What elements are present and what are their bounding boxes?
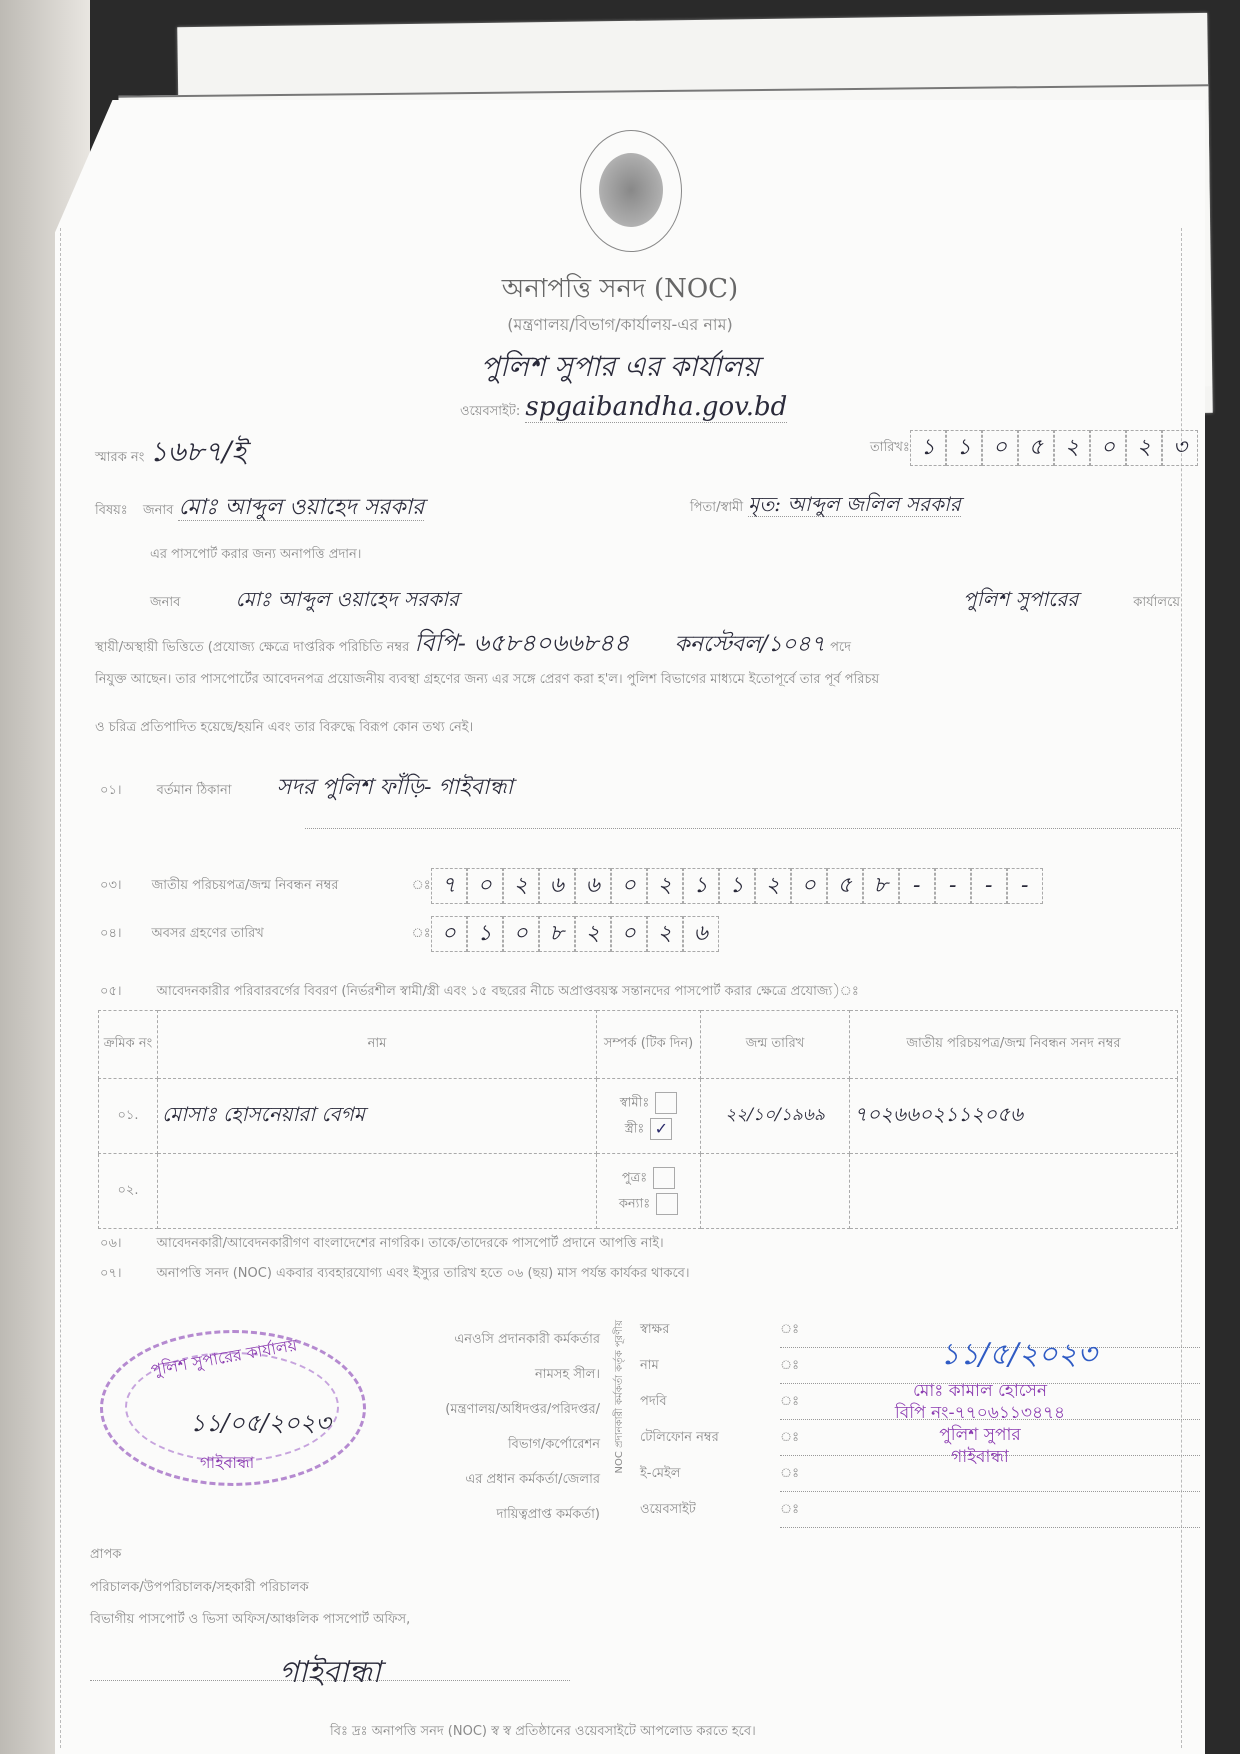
- subject-row: বিষয়ঃ জনাব মোঃ আব্দুল ওয়াহেদ সরকার: [95, 490, 685, 527]
- officer-field: ওয়েবসাইটঃ: [640, 1492, 1200, 1528]
- digit-box: ৫: [1018, 430, 1054, 466]
- digit-box: ২: [755, 868, 791, 904]
- footer-note: বিঃ দ্রঃ অনাপত্তি সনদ (NOC) স্ব স্ব প্রত…: [330, 1722, 756, 1743]
- digit-box: ১: [946, 430, 982, 466]
- memo-row: স্মারক নং ১৬৮৭/ই: [95, 430, 525, 477]
- digit-box: ০: [1090, 430, 1126, 466]
- digit-box: -: [971, 868, 1007, 904]
- digit-box: ২: [1054, 430, 1090, 466]
- date-row: তারিখঃ ১১০৫২০২৩: [870, 430, 1198, 466]
- stamp-date: ১১/০৫/২০২৩: [190, 1405, 331, 1445]
- officer-name-stamp: মোঃ কামাল হোসেনবিপি নং-৭৭০৬১১৩৪৭৪পুলিশ স…: [840, 1380, 1120, 1468]
- digit-box: ০: [611, 916, 647, 952]
- website-value: spgaibandha.gov.bd: [525, 392, 787, 423]
- digit-box: -: [899, 868, 935, 904]
- officer-field: নামঃ: [640, 1348, 1200, 1384]
- note-7: ০৭। অনাপত্তি সনদ (NOC) একবার ব্যবহারযোগ্…: [100, 1262, 690, 1285]
- officer-field-line: ঃ: [780, 1492, 1200, 1528]
- body-office: পুলিশ সুপারের: [963, 587, 1078, 611]
- date-boxes: ১১০৫২০২৩: [910, 430, 1198, 466]
- recipient-line2: বিভাগীয় পাসপোর্ট ও ভিসা অফিস/আঞ্চলিক পা…: [90, 1610, 410, 1631]
- recipient-place: গাইবান্ধা: [279, 1655, 381, 1690]
- digit-box: ৫: [827, 868, 863, 904]
- digit-box: ৮: [539, 916, 575, 952]
- digit-box: ০: [611, 868, 647, 904]
- digit-box: ২: [503, 868, 539, 904]
- digit-box: ০: [431, 916, 467, 952]
- digit-box: ১: [467, 916, 503, 952]
- retirement-date-boxes: ০১০৮২০২৬: [431, 916, 719, 952]
- document-title: অনাপত্তি সনদ (NOC): [0, 268, 1240, 312]
- officer-seal-instructions: এনওসি প্রদানকারী কর্মকর্তারনামসহ সীল।(মন…: [360, 1322, 600, 1532]
- family-intro: ০৫। আবেদনকারীর পরিবারবর্গের বিবরণ (নির্ভ…: [100, 980, 859, 1003]
- document-subtitle: (মন্ত্রণালয়/বিভাগ/কার্যালয়-এর নাম): [0, 312, 1240, 339]
- father-name: মৃত: আব্দুল জলিল সরকার: [748, 492, 961, 517]
- vertical-label: NOC প্রদানকারী কর্মকর্তা কর্তৃক পূরণীয়: [612, 1320, 629, 1473]
- government-seal-icon: [580, 130, 682, 252]
- retirement-row: ০৪। অবসর গ্রহণের তারিখ ঃ ০১০৮২০২৬: [100, 916, 719, 952]
- memo-number: ১৬৮৭/ই: [149, 435, 246, 468]
- digit-box: ০: [503, 916, 539, 952]
- table-row: ০১. মোসাঃ হোসনেয়ারা বেগম স্বামীঃ স্ত্রী…: [99, 1079, 1178, 1154]
- digit-box: ১: [719, 868, 755, 904]
- digit-box: ০: [982, 430, 1018, 466]
- address-line2: [305, 828, 1180, 829]
- digit-box: ৮: [863, 868, 899, 904]
- digit-box: ২: [1126, 430, 1162, 466]
- digit-box: -: [935, 868, 971, 904]
- office-name: পুলিশ সুপার এর কার্যালয়: [0, 345, 1240, 392]
- body-line4: ও চরিত্র প্রতিপাদিত হয়েছে/হয়নি এবং তার…: [95, 718, 473, 739]
- post-value: কনস্টেবল/১০৪৭: [674, 632, 825, 657]
- nid-row: ০৩। জাতীয় পরিচয়পত্র/জন্ম নিবন্ধন নম্বর…: [100, 868, 1043, 904]
- digit-box: ০: [467, 868, 503, 904]
- digit-box: ৬: [683, 916, 719, 952]
- website-row: ওয়েবসাইট: spgaibandha.gov.bd: [460, 392, 787, 423]
- recipient-place-row: গাইবান্ধা: [90, 1648, 570, 1681]
- subject-name: মোঃ আব্দুল ওয়াহেদ সরকার: [178, 495, 424, 521]
- body-line1: জনাব মোঃ আব্দুল ওয়াহেদ সরকার পুলিশ সুপা…: [150, 585, 1180, 618]
- digit-box: ২: [647, 868, 683, 904]
- digit-box: ১: [910, 430, 946, 466]
- digit-box: -: [1007, 868, 1043, 904]
- family-table: ক্রমিক নং নাম সম্পর্ক (টিক দিন) জন্ম তার…: [98, 1010, 1178, 1229]
- nid-boxes: ৭০২৬৬০২১১২০৫৮----: [431, 868, 1043, 904]
- body-line3: নিযুক্ত আছেন। তার পাসপোর্টের আবেদনপত্র প…: [95, 670, 1180, 691]
- digit-box: ০: [791, 868, 827, 904]
- digit-box: ২: [575, 916, 611, 952]
- address-row: ০১। বর্তমান ঠিকানা সদর পুলিশ ফাঁড়ি- গাই…: [100, 770, 1180, 807]
- father-row: পিতা/স্বামী মৃত: আব্দুল জলিল সরকার: [690, 490, 1180, 523]
- son-checkbox[interactable]: [653, 1167, 675, 1189]
- officer-signature: ১১/৫/২০২৩: [940, 1330, 1097, 1381]
- recipient-line1: পরিচালক/উপপরিচালক/সহকারী পরিচালক: [90, 1578, 309, 1599]
- address-value: সদর পুলিশ ফাঁড়ি- গাইবান্ধা: [277, 775, 513, 800]
- recipient-label: প্রাপক: [90, 1545, 121, 1566]
- note-6: ০৬। আবেদনকারী/আবেদনকারীগণ বাংলাদেশের নাগ…: [100, 1232, 664, 1255]
- digit-box: ৩: [1162, 430, 1198, 466]
- digit-box: ১: [683, 868, 719, 904]
- body-name: মোঃ আব্দুল ওয়াহেদ সরকার: [236, 587, 459, 611]
- daughter-checkbox[interactable]: [656, 1193, 678, 1215]
- body-line2: স্থায়ী/অস্থায়ী ভিত্তিতে (প্রযোজ্য ক্ষে…: [95, 625, 1180, 665]
- table-row: ০২. পুত্রঃ কন্যাঃ: [99, 1154, 1178, 1229]
- digit-box: ২: [647, 916, 683, 952]
- digit-box: ৬: [575, 868, 611, 904]
- digit-box: ৭: [431, 868, 467, 904]
- id-number: বিপি- ৬৫৮৪০৬৬৮৪৪: [414, 629, 629, 657]
- wife-checkbox[interactable]: ✓: [650, 1118, 672, 1140]
- digit-box: ৬: [539, 868, 575, 904]
- subject-line2: এর পাসপোর্ট করার জন্য অনাপত্তি প্রদান।: [150, 545, 361, 566]
- officer-field: স্বাক্ষরঃ: [640, 1312, 1200, 1348]
- husband-checkbox[interactable]: [655, 1092, 677, 1114]
